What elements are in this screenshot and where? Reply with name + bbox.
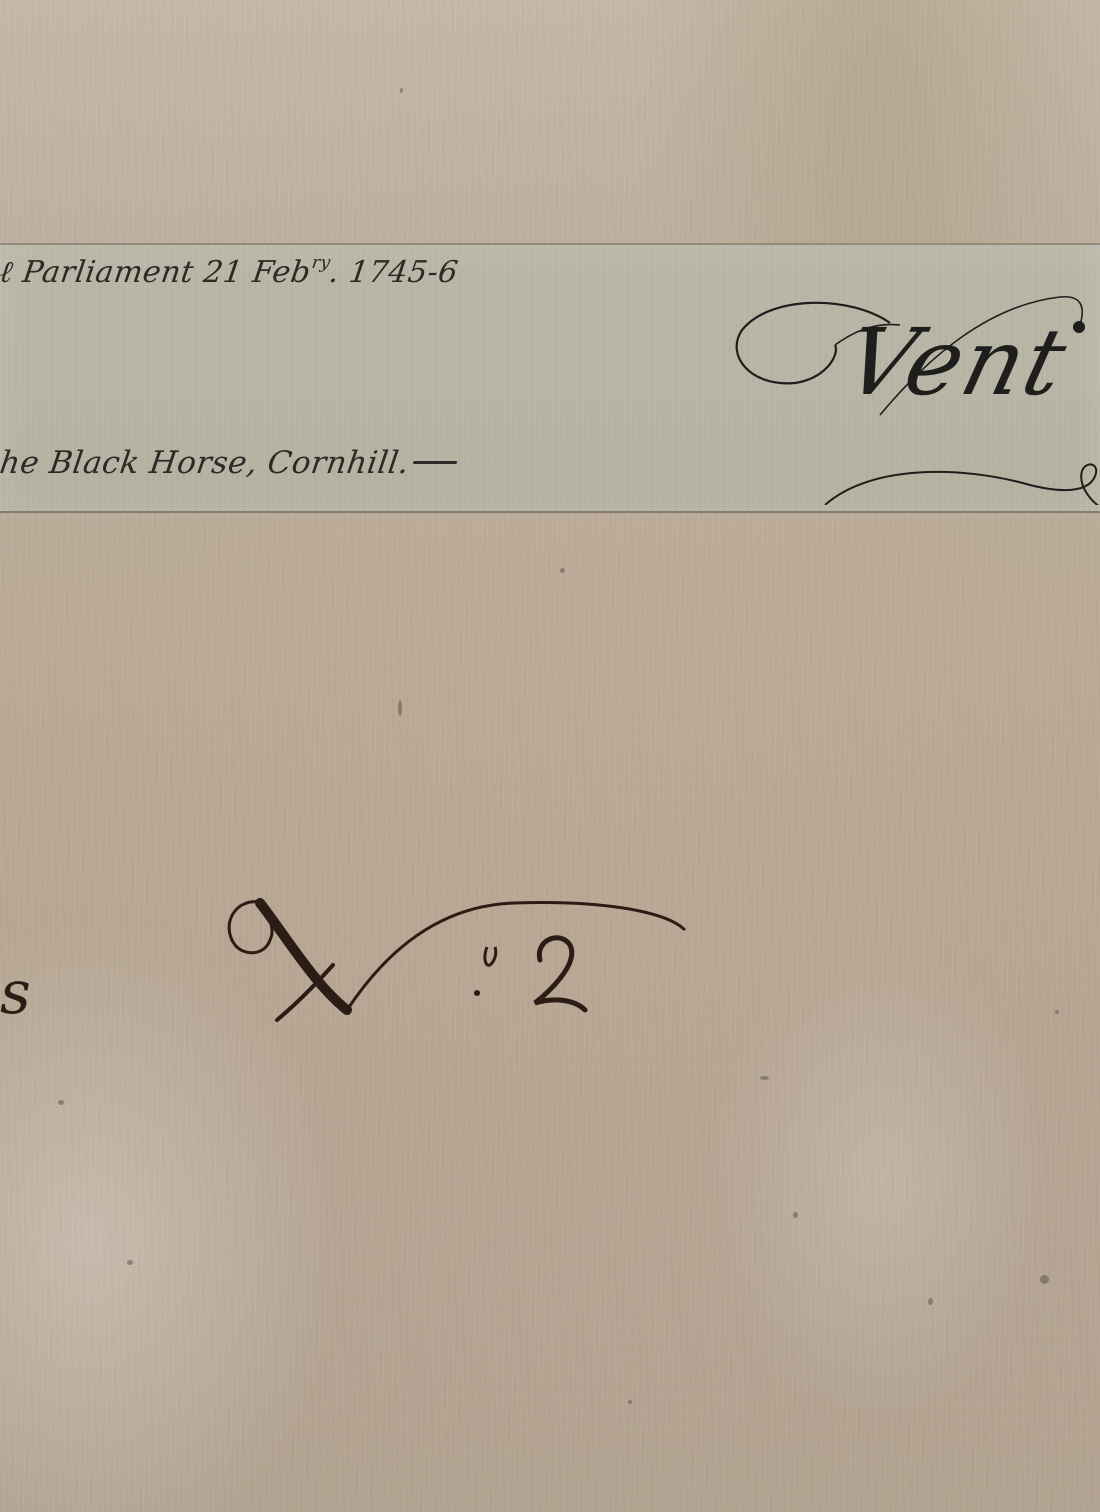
- paper-fiber-texture: [0, 0, 1100, 1512]
- publisher-address-text: he Black Horse, Cornhill.: [0, 445, 412, 481]
- paper-speck: [560, 568, 565, 573]
- paper-speck: [1040, 1275, 1049, 1284]
- manuscript-number-annotation: [215, 885, 695, 1035]
- paper-speck: [928, 1298, 933, 1305]
- title-script-block: Vent: [730, 275, 1100, 505]
- publication-month: Feb: [240, 255, 313, 290]
- inscription-strip: ℓ Parliament 21 Febry. 1745-6 he Black H…: [0, 243, 1100, 513]
- paper-speck: [628, 1400, 632, 1404]
- publication-act-text: ℓ Parliament: [0, 255, 206, 290]
- publication-day: 21: [201, 255, 245, 290]
- paper-speck: [58, 1100, 64, 1105]
- publication-year: . 1745-6: [327, 255, 461, 290]
- paper-speck: [127, 1260, 133, 1265]
- manuscript-fragment-left: s: [0, 958, 23, 1028]
- title-script-text: Vent: [835, 309, 1078, 416]
- publisher-address-line: he Black Horse, Cornhill.: [0, 445, 460, 481]
- paper-speck: [1055, 1010, 1059, 1014]
- paper-speck: [398, 700, 402, 716]
- paper-speck: [793, 1212, 798, 1218]
- paper-speck: [400, 88, 403, 93]
- numero-flourish-icon: [215, 885, 695, 1035]
- dash-flourish: [413, 461, 457, 464]
- paper-speck: [760, 1076, 769, 1080]
- publication-line: ℓ Parliament 21 Febry. 1745-6: [0, 253, 461, 290]
- paper-mount-background: ℓ Parliament 21 Febry. 1745-6 he Black H…: [0, 0, 1100, 1512]
